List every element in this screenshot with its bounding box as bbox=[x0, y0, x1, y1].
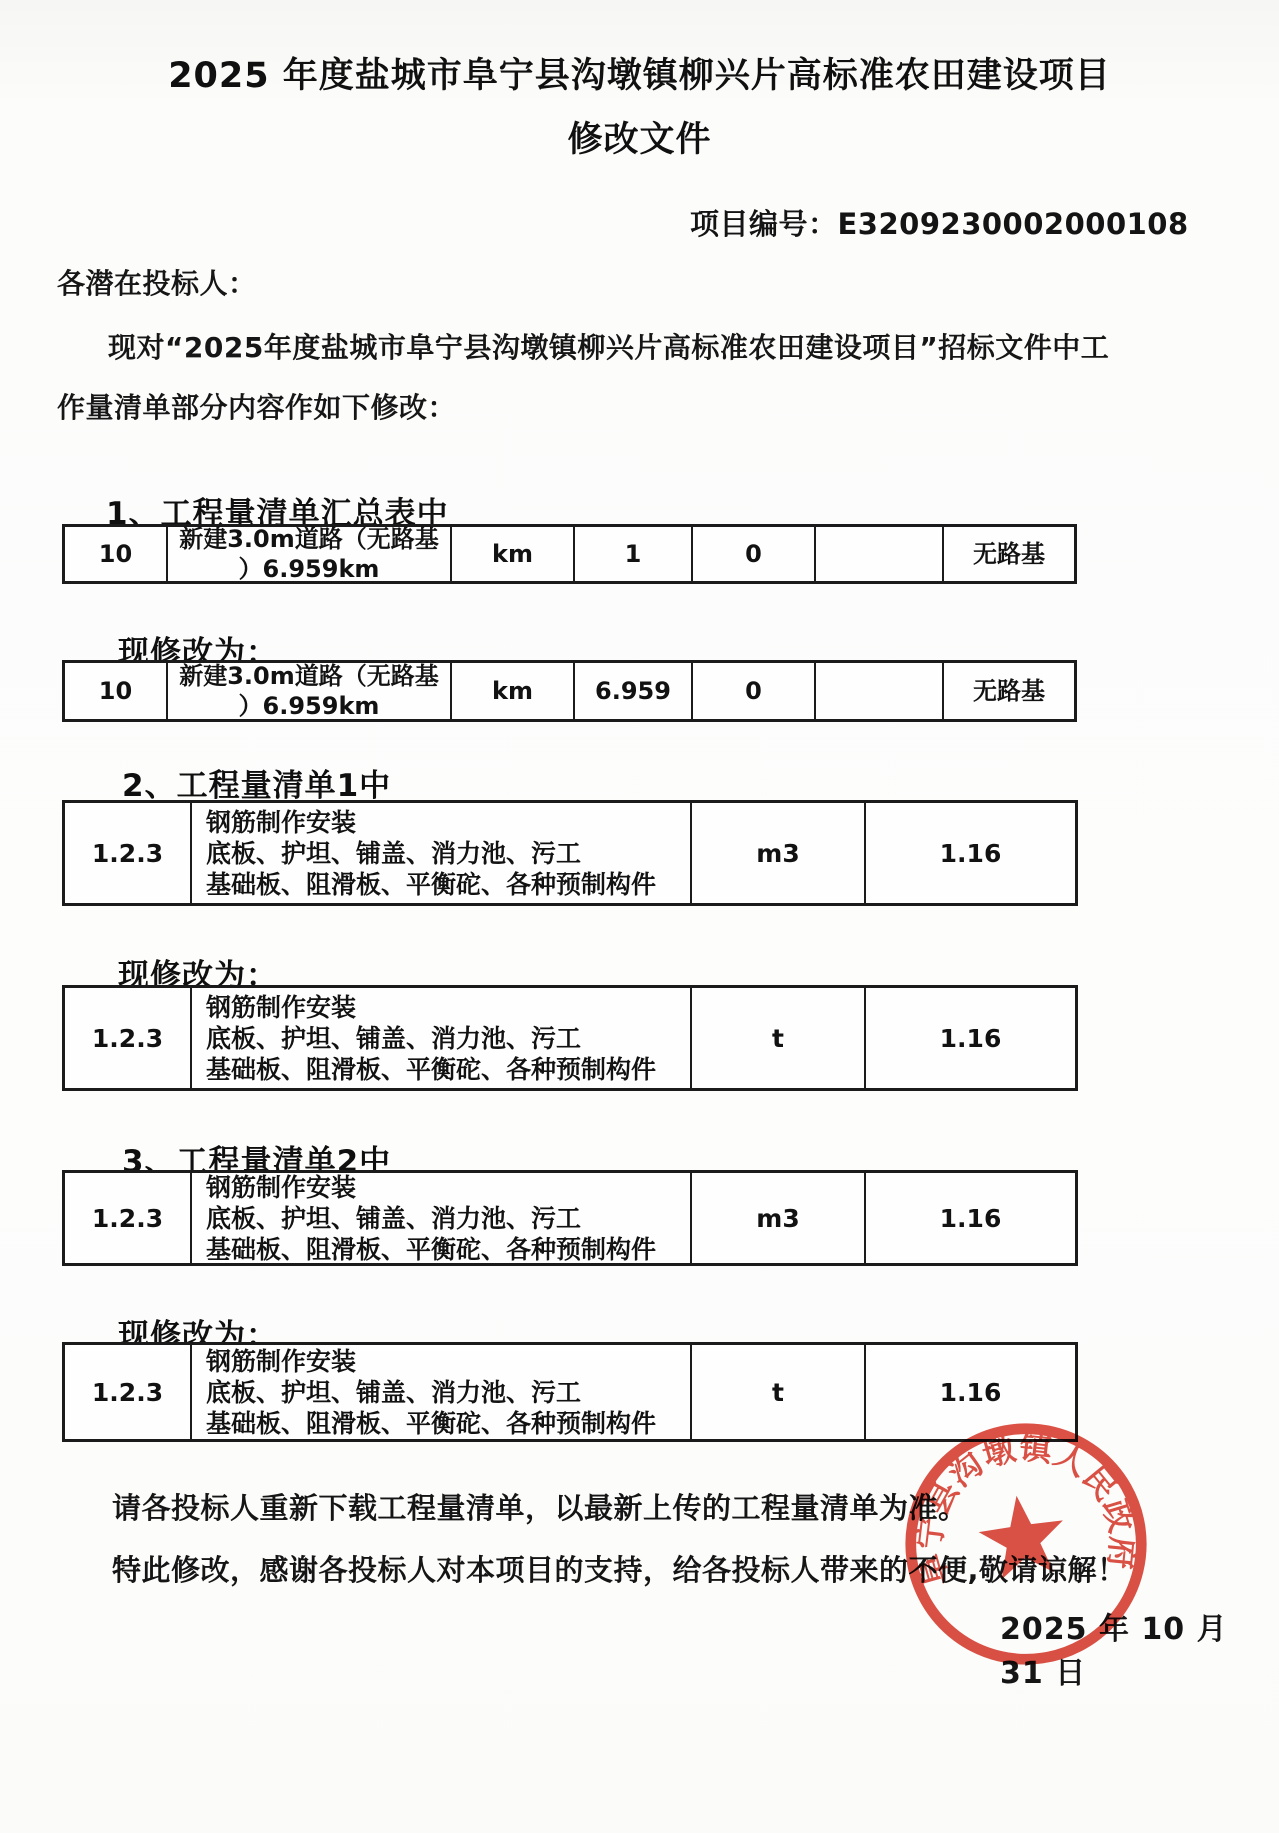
table-cell: t bbox=[690, 1345, 864, 1439]
table-cell bbox=[814, 663, 942, 719]
table-cell: 0 bbox=[691, 663, 814, 719]
document-title-line2: 修改文件 bbox=[0, 112, 1279, 162]
project-number: 项目编号：E3209230002000108 bbox=[690, 202, 1189, 243]
table-cell: 钢筋制作安装 底板、护坦、铺盖、消力池、污工 基础板、阻滑板、平衡砣、各种预制构… bbox=[190, 988, 690, 1088]
document-page: 2025 年度盐城市阜宁县沟墩镇柳兴片高标准农田建设项目 修改文件 项目编号：E… bbox=[0, 0, 1279, 1833]
table-cell: km bbox=[450, 527, 573, 581]
table-cell: km bbox=[450, 663, 573, 719]
table-cell: 1.2.3 bbox=[65, 988, 190, 1088]
summary-table-revised: 10 新建3.0m道路（无路基 ）6.959km km 6.959 0 无路基 bbox=[62, 660, 1077, 722]
table-cell: 钢筋制作安装 底板、护坦、铺盖、消力池、污工 基础板、阻滑板、平衡砣、各种预制构… bbox=[190, 1345, 690, 1439]
intro-paragraph-line2: 作量清单部分内容作如下修改： bbox=[57, 386, 456, 426]
table-cell: m3 bbox=[690, 803, 864, 903]
table-cell bbox=[814, 527, 942, 581]
table-cell: m3 bbox=[690, 1173, 864, 1263]
table-cell: 钢筋制作安装 底板、护坦、铺盖、消力池、污工 基础板、阻滑板、平衡砣、各种预制构… bbox=[190, 1173, 690, 1263]
table-cell: 钢筋制作安装 底板、护坦、铺盖、消力池、污工 基础板、阻滑板、平衡砣、各种预制构… bbox=[190, 803, 690, 903]
summary-table-original: 10 新建3.0m道路（无路基 ）6.959km km 1 0 无路基 bbox=[62, 524, 1077, 584]
closing-line1: 请各投标人重新下载工程量清单，以最新上传的工程量清单为准。 bbox=[112, 1486, 968, 1527]
table-cell: 0 bbox=[691, 527, 814, 581]
table-cell: 1.16 bbox=[864, 1173, 1075, 1263]
document-title-line1: 2025 年度盐城市阜宁县沟墩镇柳兴片高标准农田建设项目 bbox=[0, 48, 1279, 98]
list1-table-revised: 1.2.3 钢筋制作安装 底板、护坦、铺盖、消力池、污工 基础板、阻滑板、平衡砣… bbox=[62, 985, 1078, 1091]
table-cell: 1.2.3 bbox=[65, 1173, 190, 1263]
table-cell: 10 bbox=[65, 663, 166, 719]
table-cell: 1 bbox=[573, 527, 691, 581]
star-icon bbox=[974, 1490, 1069, 1582]
table-cell: 1.16 bbox=[864, 988, 1075, 1088]
table-cell: 6.959 bbox=[573, 663, 691, 719]
salutation: 各潜在投标人： bbox=[57, 262, 257, 302]
section-2-heading: 2、工程量清单1中 bbox=[122, 760, 391, 805]
table-cell: 新建3.0m道路（无路基 ）6.959km bbox=[166, 527, 450, 581]
table-cell: 1.2.3 bbox=[65, 1345, 190, 1439]
table-cell: t bbox=[690, 988, 864, 1088]
table-cell: 1.2.3 bbox=[65, 803, 190, 903]
table-cell: 1.16 bbox=[864, 803, 1075, 903]
intro-paragraph-line1: 现对“2025年度盐城市阜宁县沟墩镇柳兴片高标准农田建设项目”招标文件中工 bbox=[108, 326, 1109, 366]
table-cell: 无路基 bbox=[942, 527, 1074, 581]
list1-table-original: 1.2.3 钢筋制作安装 底板、护坦、铺盖、消力池、污工 基础板、阻滑板、平衡砣… bbox=[62, 800, 1078, 906]
table-cell: 新建3.0m道路（无路基 ）6.959km bbox=[166, 663, 450, 719]
list2-table-original: 1.2.3 钢筋制作安装 底板、护坦、铺盖、消力池、污工 基础板、阻滑板、平衡砣… bbox=[62, 1170, 1078, 1266]
table-cell: 10 bbox=[65, 527, 166, 581]
table-cell: 无路基 bbox=[942, 663, 1074, 719]
official-seal-stamp: 阜宁县沟墩镇人民政府 bbox=[884, 1410, 1168, 1678]
